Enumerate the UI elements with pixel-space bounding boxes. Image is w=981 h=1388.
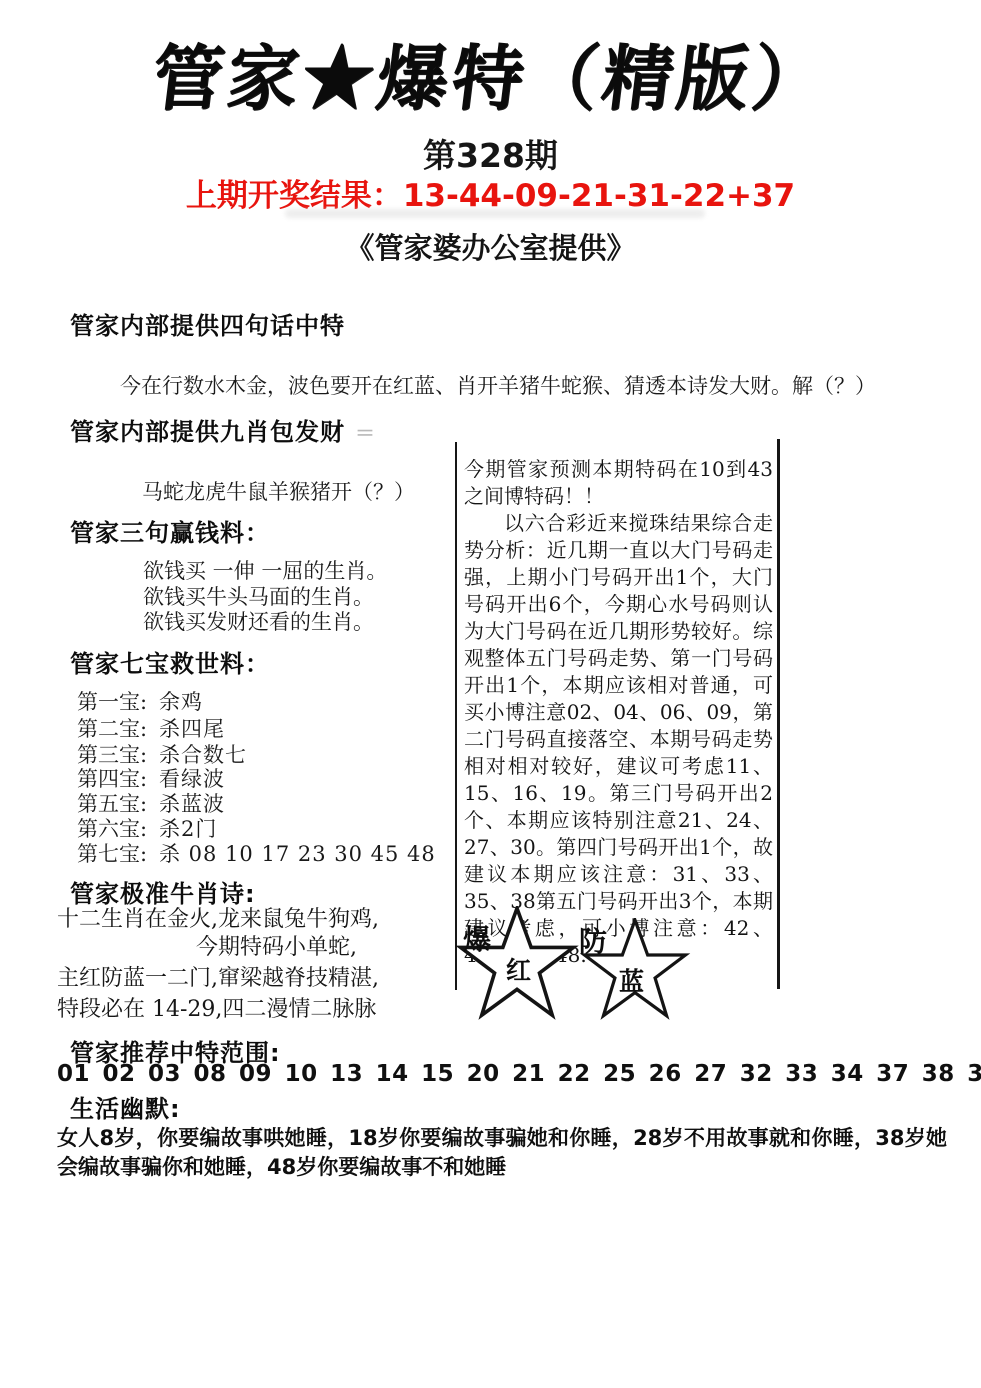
star2-outer-label: 防 <box>579 920 607 960</box>
treasure-label: 第七宝: <box>77 838 145 868</box>
section-heading-humor: 生活幽默: <box>70 1089 181 1124</box>
humor-text: 女人8岁，你要编故事哄她睡，18岁你要编故事骗她和你睡，28岁不用故事就和你睡，… <box>57 1124 947 1182</box>
four-sentence-line: 今在行数水木金，波色要开在红蓝、肖开羊猪牛蛇猴、猜透本诗发大财。解（？） <box>120 370 876 400</box>
analysis-paragraph-2: 以六合彩近来搅珠结果综合走势分析：近几期一直以大门号码走强，上期小门号码开出1个… <box>464 510 773 969</box>
page-title: 管家★爆特（精版） <box>0 22 981 124</box>
three-sentences-line: 欲钱买发财还看的生肖。 <box>143 606 374 636</box>
star1-outer-label: 爆 <box>463 918 491 958</box>
treasure-row: 第一宝:余鸡 <box>77 686 203 716</box>
tip-sheet-page: 管家★爆特（精版） 第328期 上期开奖结果：13-44-09-21-31-22… <box>0 0 981 1388</box>
ox-poem-line: 主红防蓝一二门,窜梁越脊技精湛, <box>57 961 379 992</box>
section-heading-three-sentences: 管家三句赢钱料： <box>70 513 270 548</box>
treasure-value: 余鸡 <box>159 686 203 716</box>
treasure-row: 第七宝:杀 08 10 17 23 30 45 48 <box>77 838 436 868</box>
section-heading-four-sentence: 管家内部提供四句话中特 <box>70 306 345 341</box>
ox-poem-line: 今期特码小单蛇, <box>196 930 357 961</box>
nine-shengxiao-line: 马蛇龙虎牛鼠羊猴猪开（？） <box>142 476 415 506</box>
scan-mark-artifact: ＝ <box>355 421 376 445</box>
nine-shengxiao-heading-text: 管家内部提供九肖包发财 <box>70 418 345 446</box>
star2-inner-label: 蓝 <box>619 962 644 998</box>
scan-smudge-artifact <box>285 209 705 218</box>
star1-inner-label: 红 <box>506 951 531 987</box>
analysis-paragraph-1: 今期管家预测本期特码在10到43之间博特码！！ <box>464 456 773 510</box>
treasure-value: 杀 08 10 17 23 30 45 48 <box>159 838 436 868</box>
provider-line: 《管家婆办公室提供》 <box>0 226 981 267</box>
analysis-text-block: 今期管家预测本期特码在10到43之间博特码！！ 以六合彩近来搅珠结果综合走势分析… <box>464 456 773 969</box>
recommend-numbers: 01 02 03 08 09 10 13 14 15 20 21 22 25 2… <box>57 1061 952 1087</box>
section-heading-nine-shengxiao: 管家内部提供九肖包发财＝ <box>70 412 376 447</box>
ox-poem-line: 十二生肖在金火,龙来鼠兔牛狗鸡, <box>57 902 379 933</box>
section-heading-seven-treasures: 管家七宝救世料： <box>70 644 270 679</box>
divider-vertical-right <box>777 439 780 989</box>
ox-poem-line: 特段必在 14-29,四二漫情二脉脉 <box>57 992 376 1023</box>
treasure-label: 第一宝: <box>77 686 145 716</box>
